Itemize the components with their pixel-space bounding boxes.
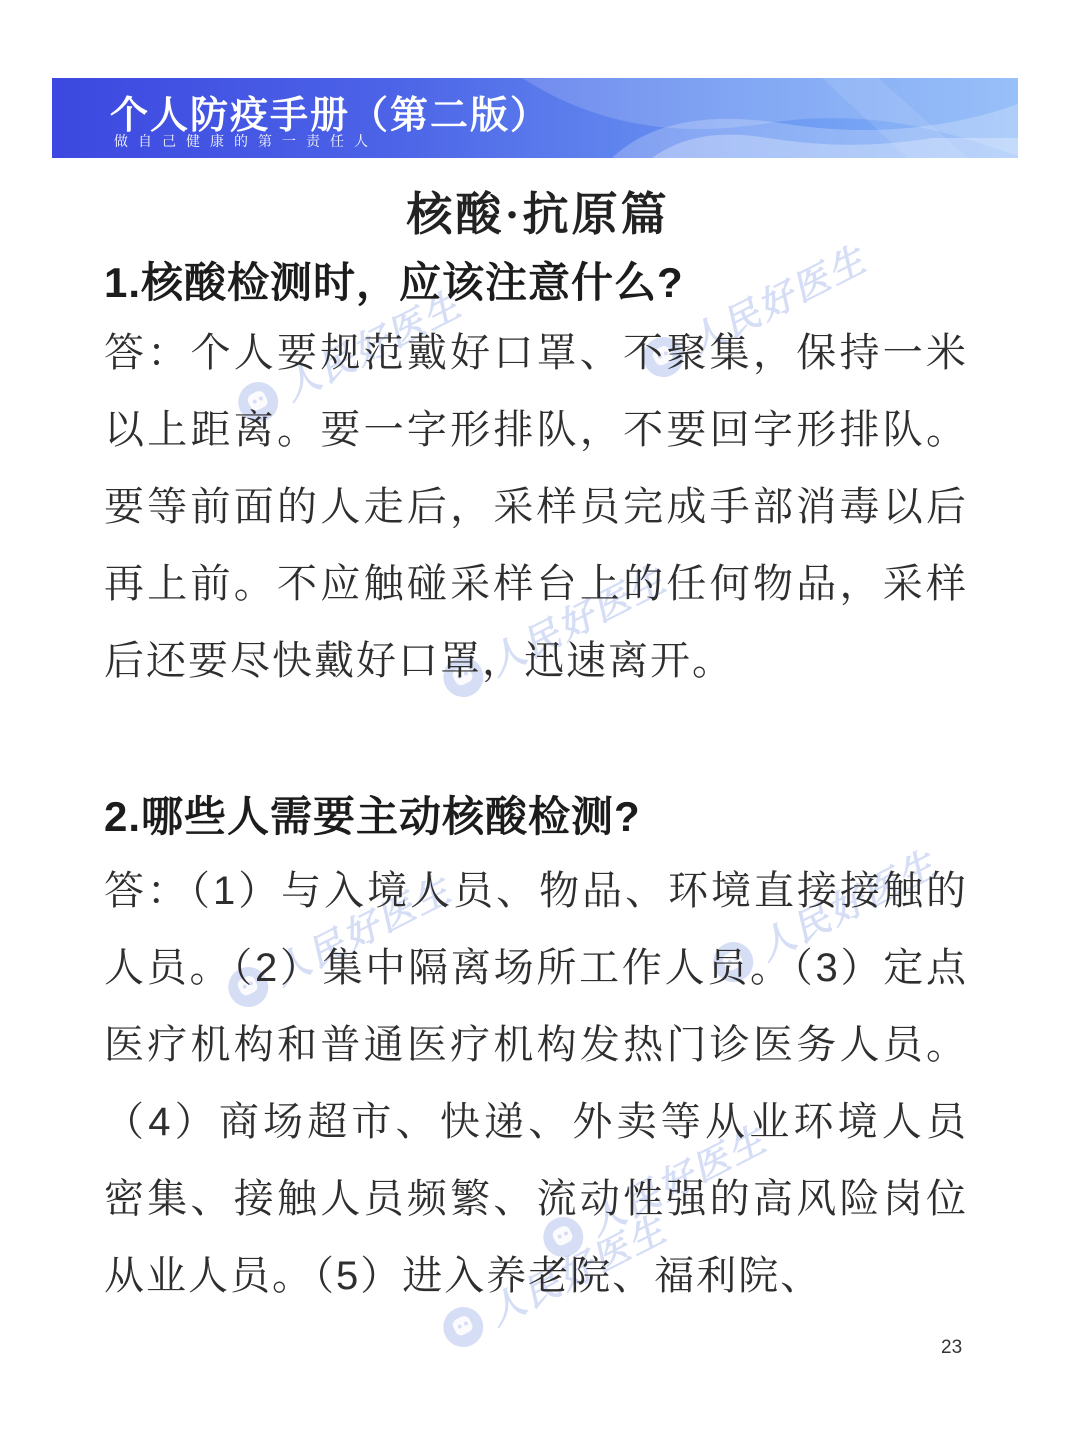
handbook-subtitle: 做自己健康的第一责任人 bbox=[114, 131, 378, 151]
answer-2-text: 答：（1）与入境人员、物品、环境直接接触的人员。（2）集中隔离场所工作人员。（3… bbox=[104, 853, 968, 1315]
section-title: 核酸·抗原篇 bbox=[0, 178, 1076, 244]
page-number: 23 bbox=[941, 1337, 962, 1359]
header-banner: 个人防疫手册（第二版） 做自己健康的第一责任人 bbox=[52, 78, 1018, 158]
handbook-page: 个人防疫手册（第二版） 做自己健康的第一责任人 人民好医生 人民好医生 人民好医… bbox=[0, 0, 1076, 1437]
question-1-heading: 1.核酸检测时，应该注意什么? bbox=[104, 250, 972, 310]
question-2-heading: 2.哪些人需要主动核酸检测? bbox=[104, 784, 972, 844]
answer-1-text: 答：个人要规范戴好口罩、不聚集，保持一米以上距离。要一字形排队，不要回字形排队。… bbox=[104, 315, 968, 700]
